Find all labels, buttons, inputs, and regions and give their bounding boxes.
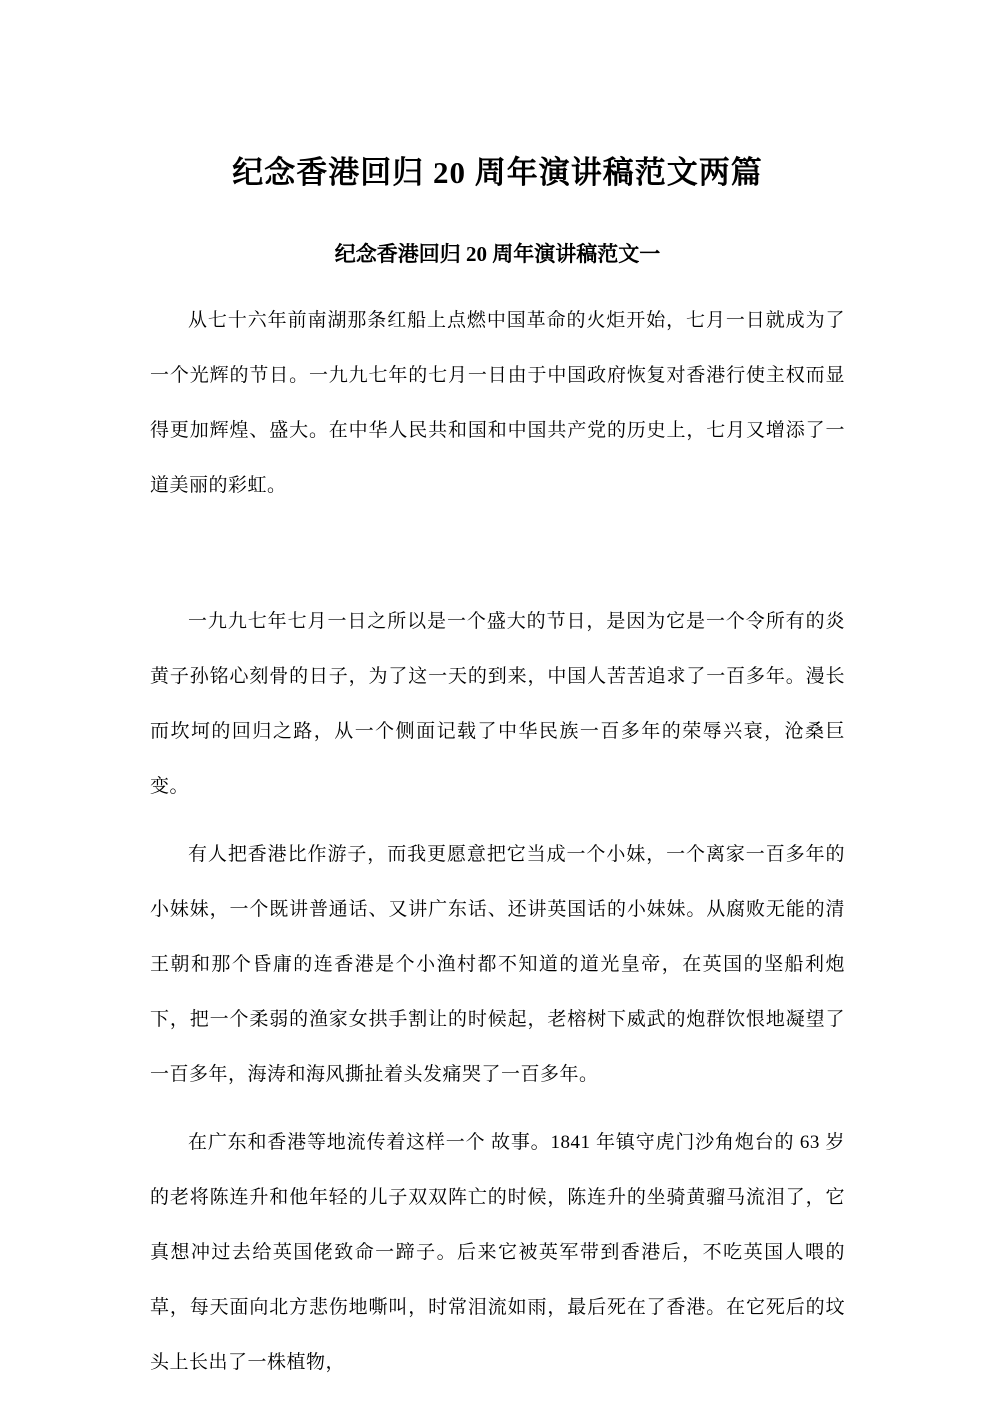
paragraph-2: 一九九七年七月一日之所以是一个盛大的节日，是因为它是一个令所有的炎黄子孙铭心刻骨… xyxy=(150,594,845,814)
document-page: 纪念香港回归 20 周年演讲稿范文两篇 纪念香港回归 20 周年演讲稿范文一 从… xyxy=(0,0,993,1404)
document-subtitle: 纪念香港回归 20 周年演讲稿范文一 xyxy=(150,240,845,268)
empty-line xyxy=(150,526,845,581)
paragraph-4: 在广东和香港等地流传着这样一个 故事。1841 年镇守虎门沙角炮台的 63 岁的… xyxy=(150,1115,845,1390)
document-title: 纪念香港回归 20 周年演讲稿范文两篇 xyxy=(150,150,845,195)
paragraph-1: 从七十六年前南湖那条红船上点燃中国革命的火炬开始，七月一日就成为了一个光辉的节日… xyxy=(150,293,845,513)
paragraph-3: 有人把香港比作游子，而我更愿意把它当成一个小妹，一个离家一百多年的小妹妹，一个既… xyxy=(150,827,845,1102)
